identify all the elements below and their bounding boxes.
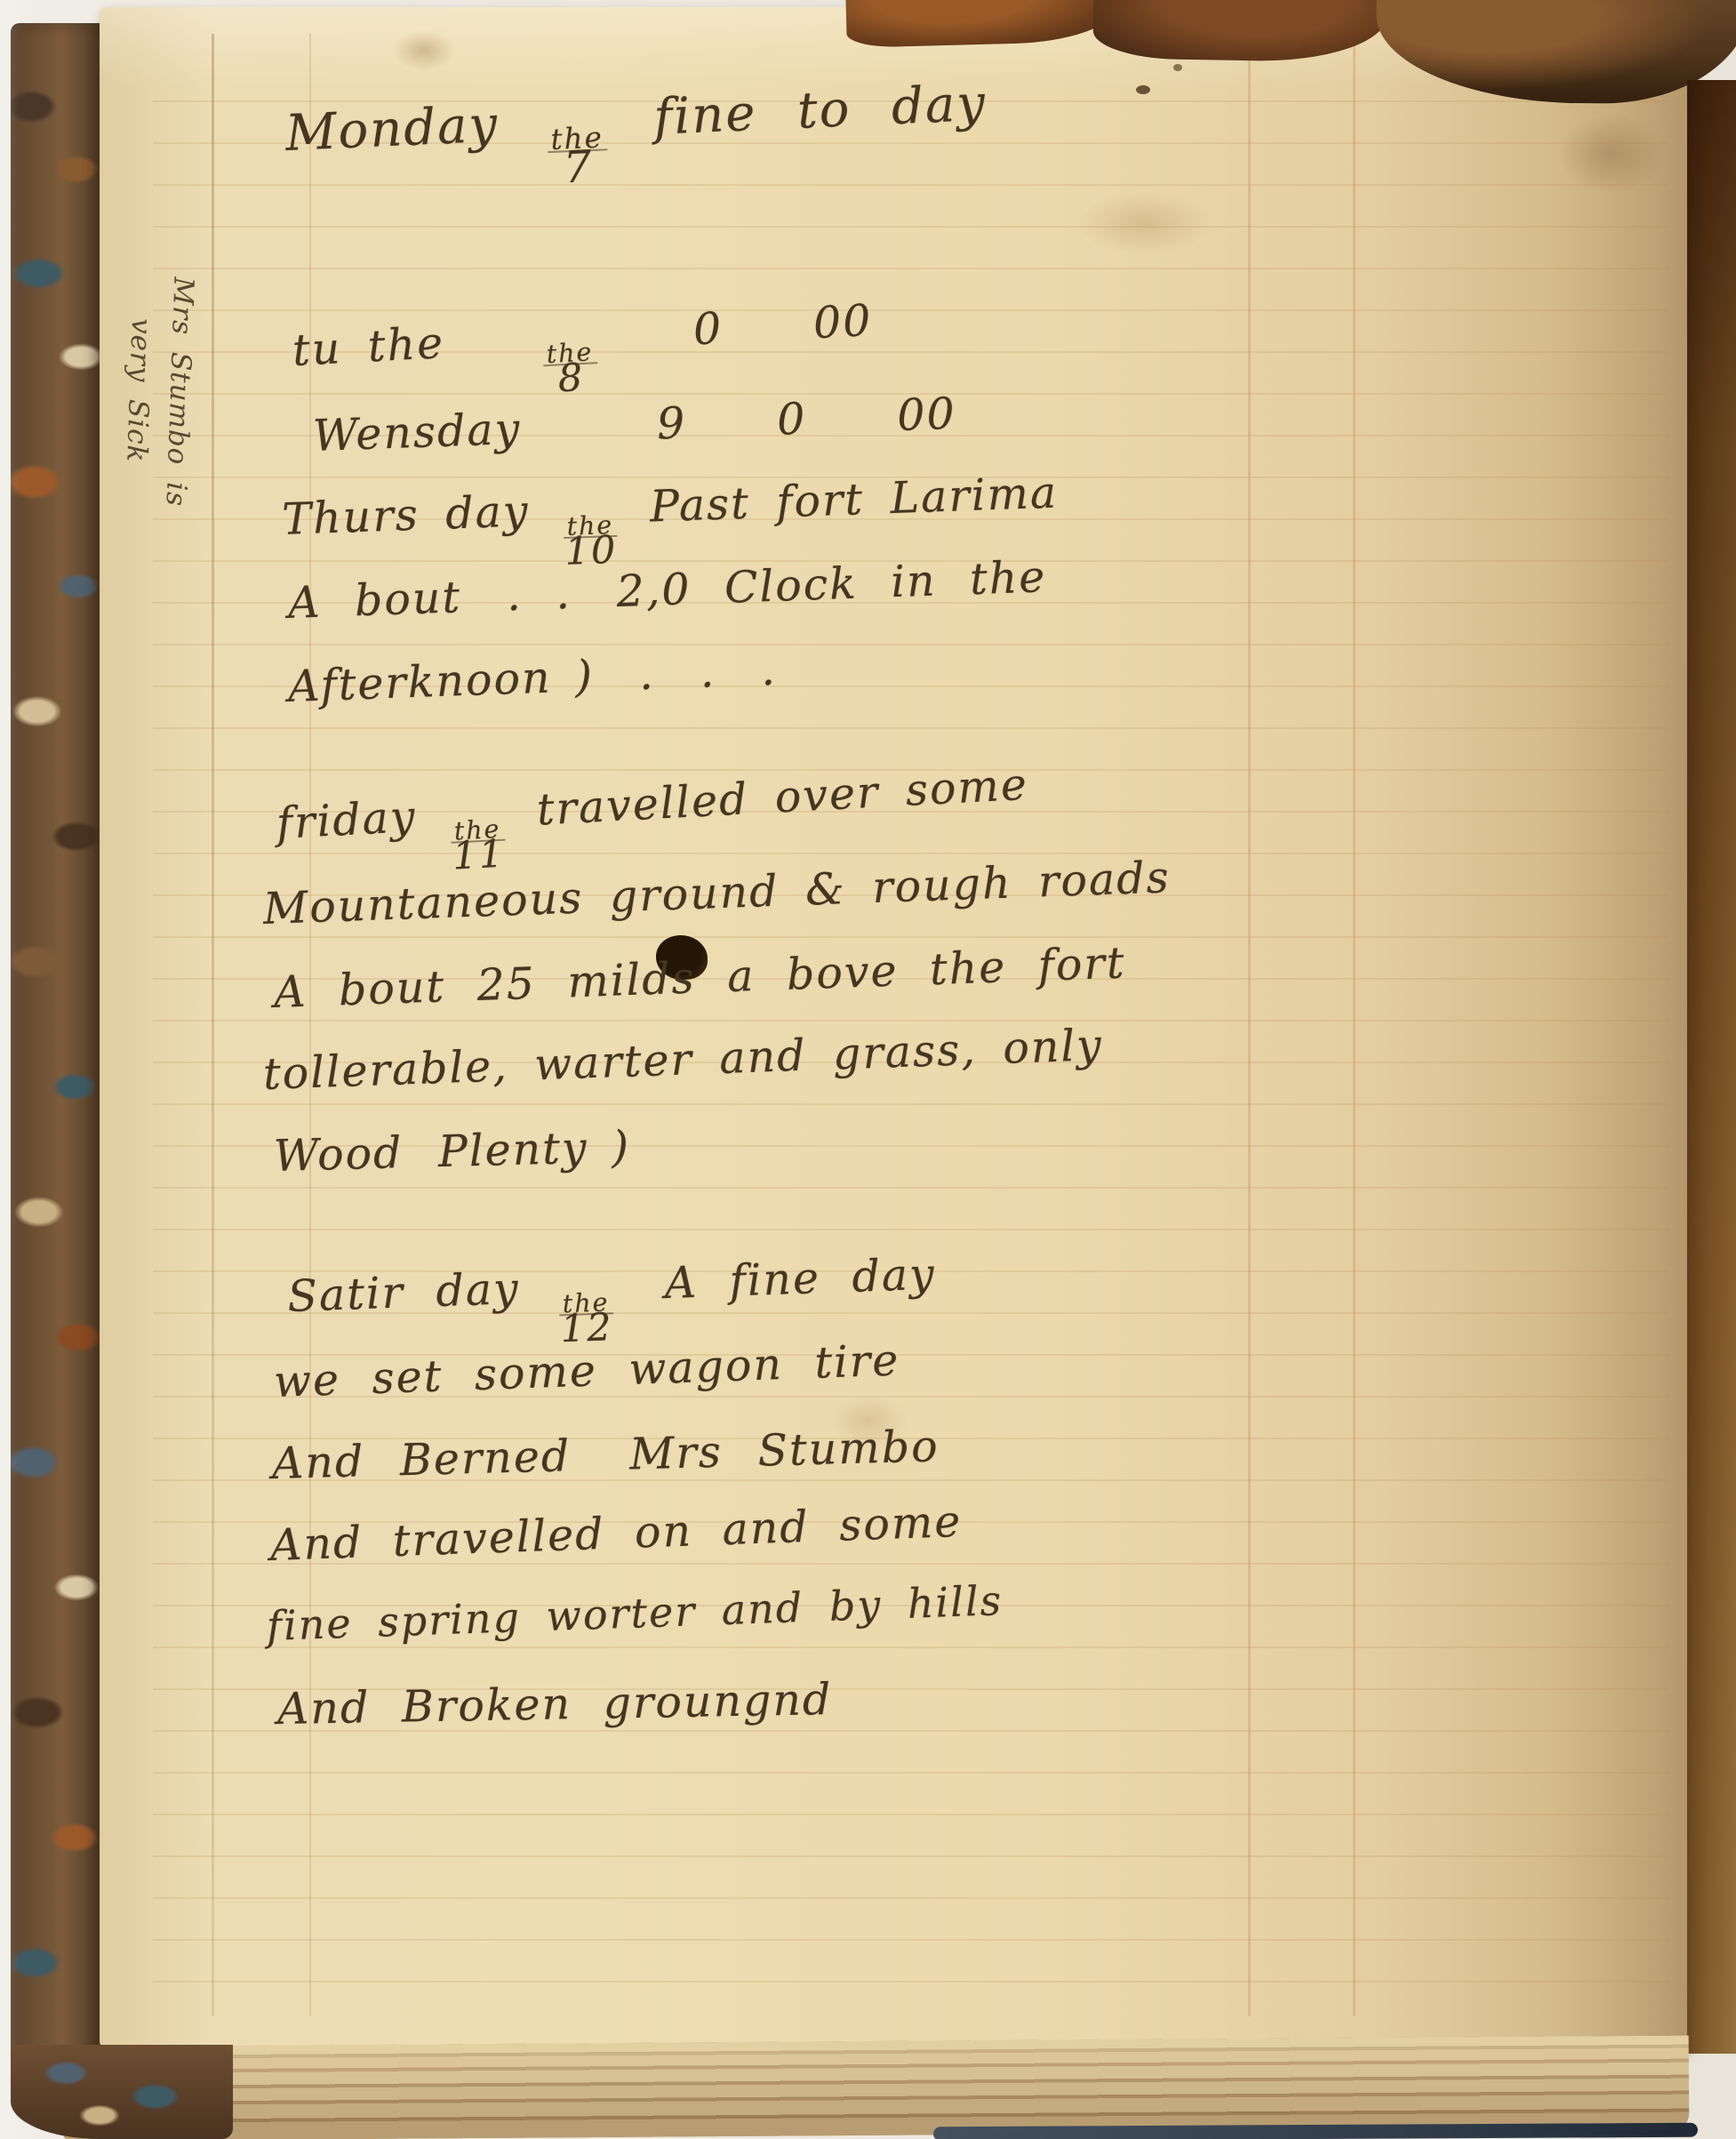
- journal-scan: Mrs Stumbo is very Sick Monday the7 fine…: [0, 0, 1736, 2139]
- journal-line: And Broken groungnd: [277, 1674, 833, 1734]
- page-fold-crease: [212, 34, 214, 2016]
- superscript-date: the11: [450, 821, 506, 872]
- paper-stain: [1077, 192, 1211, 254]
- journal-line: Wood Plenty ): [273, 1122, 631, 1182]
- ledger-column-line-2: [1353, 34, 1356, 2016]
- superscript-date: the8: [542, 343, 598, 395]
- ledger-column-line-1: [1248, 34, 1251, 2016]
- superscript-date: the7: [547, 127, 609, 185]
- paper-stain: [393, 30, 455, 71]
- superscript-date: the12: [559, 1294, 614, 1344]
- paper-stain: [1557, 114, 1664, 194]
- marbled-cover-spine: [11, 23, 105, 2109]
- marbled-cover-corner: [11, 2045, 233, 2139]
- margin-note: Mrs Stumbo is very Sick: [108, 198, 207, 583]
- ink-speck: [1136, 85, 1150, 94]
- right-page-edge: [1687, 80, 1736, 2054]
- superscript-date: the10: [563, 517, 618, 567]
- ink-speck: [1173, 64, 1182, 71]
